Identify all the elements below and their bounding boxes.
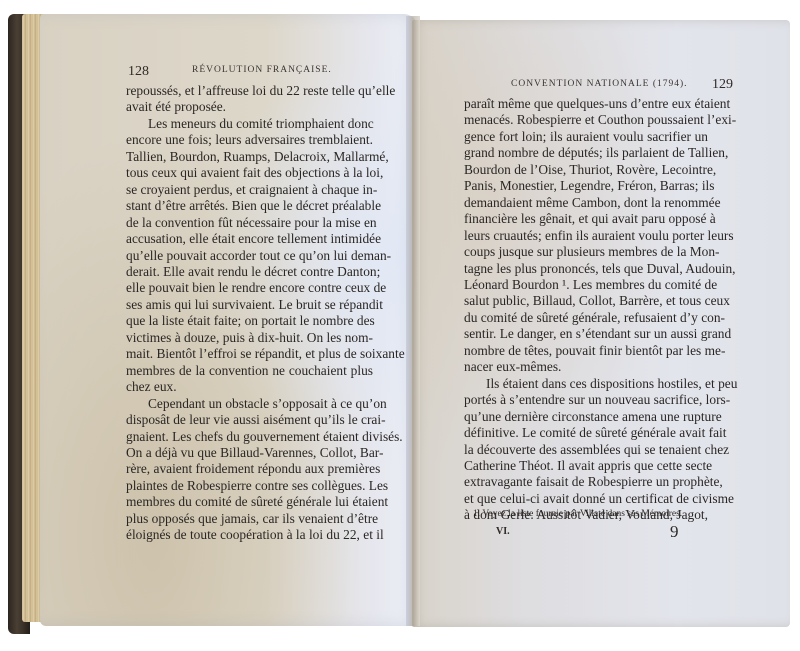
signature-number: 9 — [670, 522, 679, 542]
text-line: disposât de leur vie aussi aisément qu’i… — [126, 412, 373, 428]
text-line: encore une fois; leurs adversaires tremb… — [126, 132, 373, 148]
text-line: extravagante faisait de Robespierre un p… — [464, 474, 708, 490]
text-line: Les meneurs du comité triomphaient donc — [126, 116, 373, 132]
text-line: Tallien, Bourdon, Ruamps, Delacroix, Mal… — [126, 149, 373, 165]
text-line: salut public, Billaud, Collot, Barrère, … — [464, 293, 708, 309]
text-line: Léonard Bourdon ¹. Les membres du comité… — [464, 277, 708, 293]
text-line: victimes à douze, puis à dix-huit. On le… — [126, 330, 373, 346]
text-line: membres de la convention ne couchaient p… — [126, 363, 373, 379]
text-line: leurs cruautés; enfin ils auraient voulu… — [464, 228, 708, 244]
text-line: rère, avaient froidement répondu aux pre… — [126, 461, 373, 477]
text-line: chez eux. — [126, 379, 373, 395]
text-line: gence fort loin; ils auraient voulu sacr… — [464, 129, 708, 145]
text-line: Bourdon de l’Oise, Thuriot, Rovère, Leco… — [464, 162, 708, 178]
signature-volume: VI. — [496, 526, 510, 537]
text-line: accusation, elle était encore tellement … — [126, 231, 373, 247]
left-running-head: Révolution française. — [192, 65, 332, 75]
text-line: qu’une dernière circonstance amena une r… — [464, 409, 708, 425]
text-line: portés à s’entendre sur un nouveau sacri… — [464, 392, 708, 408]
left-page-number: 128 — [128, 64, 149, 80]
text-line: Ils étaient dans ces dispositions hostil… — [464, 376, 708, 392]
text-line: repoussés, et l’affreuse loi du 22 reste… — [126, 83, 373, 99]
text-line: se croyaient perdus, et craignaient à ch… — [126, 182, 373, 198]
text-line: tagne les plus prononcés, tels que Duval… — [464, 261, 708, 277]
text-line: grand nombre de députés; ils parlaient d… — [464, 145, 708, 161]
text-line: paraît même que quelques-uns d’entre eux… — [464, 96, 708, 112]
text-line: menacés. Robespierre et Couthon poussaie… — [464, 112, 708, 128]
text-line: que la liste était faite; on portait le … — [126, 313, 373, 329]
left-page-text: repoussés, et l’affreuse loi du 22 reste… — [126, 83, 373, 544]
text-line: mait. Bientôt l’effroi se répandit, et p… — [126, 346, 373, 362]
text-line: gnaient. Les chefs du gouvernement étaie… — [126, 429, 373, 445]
right-page-number: 129 — [712, 77, 733, 93]
text-line: définitive. Le comité de sûreté générale… — [464, 425, 708, 441]
text-line: On a déjà vu que Billaud-Varennes, Collo… — [126, 445, 373, 461]
text-line: Panis, Monestier, Legendre, Fréron, Barr… — [464, 178, 708, 194]
text-line: demandaient même Cambon, dont la renommé… — [464, 195, 708, 211]
text-line: Cependant un obstacle s’opposait à ce qu… — [126, 396, 373, 412]
right-page-text: paraît même que quelques-uns d’entre eux… — [464, 96, 708, 524]
text-line: coups jusque sur plusieurs membres de la… — [464, 244, 708, 260]
text-line: derait. Elle avait rendu le décret contr… — [126, 264, 373, 280]
text-line: tous ceux qui avaient fait des objection… — [126, 165, 373, 181]
text-line: de la convention fût nécessaire pour la … — [126, 215, 373, 231]
open-book-photo: 128 Révolution française. repoussés, et … — [0, 0, 800, 651]
text-line: membres du comité de sûreté générale lui… — [126, 494, 373, 510]
text-line: nombre de têtes, pouvait finir bientôt p… — [464, 343, 708, 359]
text-line: Catherine Théot. Il avait appris que cet… — [464, 458, 708, 474]
text-line: financière les gênait, et qui avait paru… — [464, 211, 708, 227]
text-line: la découverte des assemblées qui se tena… — [464, 442, 708, 458]
right-running-head: Convention nationale (1794). — [511, 79, 688, 89]
text-line: éloignés de toute coopération à la loi d… — [126, 527, 373, 543]
text-line: avait été proposée. — [126, 99, 373, 115]
text-line: stant d’être arrêtés. Bien que le décret… — [126, 198, 373, 214]
text-line: et que celui-ci avait donné un certifica… — [464, 491, 708, 507]
text-line: sentir. Le danger, en s’étendant sur un … — [464, 326, 708, 342]
text-line: elle pouvait bien le rendre encore contr… — [126, 280, 373, 296]
text-line: nacer eux-mêmes. — [464, 359, 708, 375]
book-gutter — [406, 16, 420, 626]
text-line: plus opposés que jamais, car ils venaien… — [126, 511, 373, 527]
text-line: plaintes de Robespierre contre ses collè… — [126, 478, 373, 494]
text-line: qu’elle pouvait accorder tout ce qu’on l… — [126, 248, 373, 264]
text-line: ses amis qui lui survivaient. Le bruit s… — [126, 297, 373, 313]
footnote: 1. Voyez la liste fournie par Villate da… — [473, 509, 682, 519]
text-line: du comité de sûreté générale, refusaient… — [464, 310, 708, 326]
